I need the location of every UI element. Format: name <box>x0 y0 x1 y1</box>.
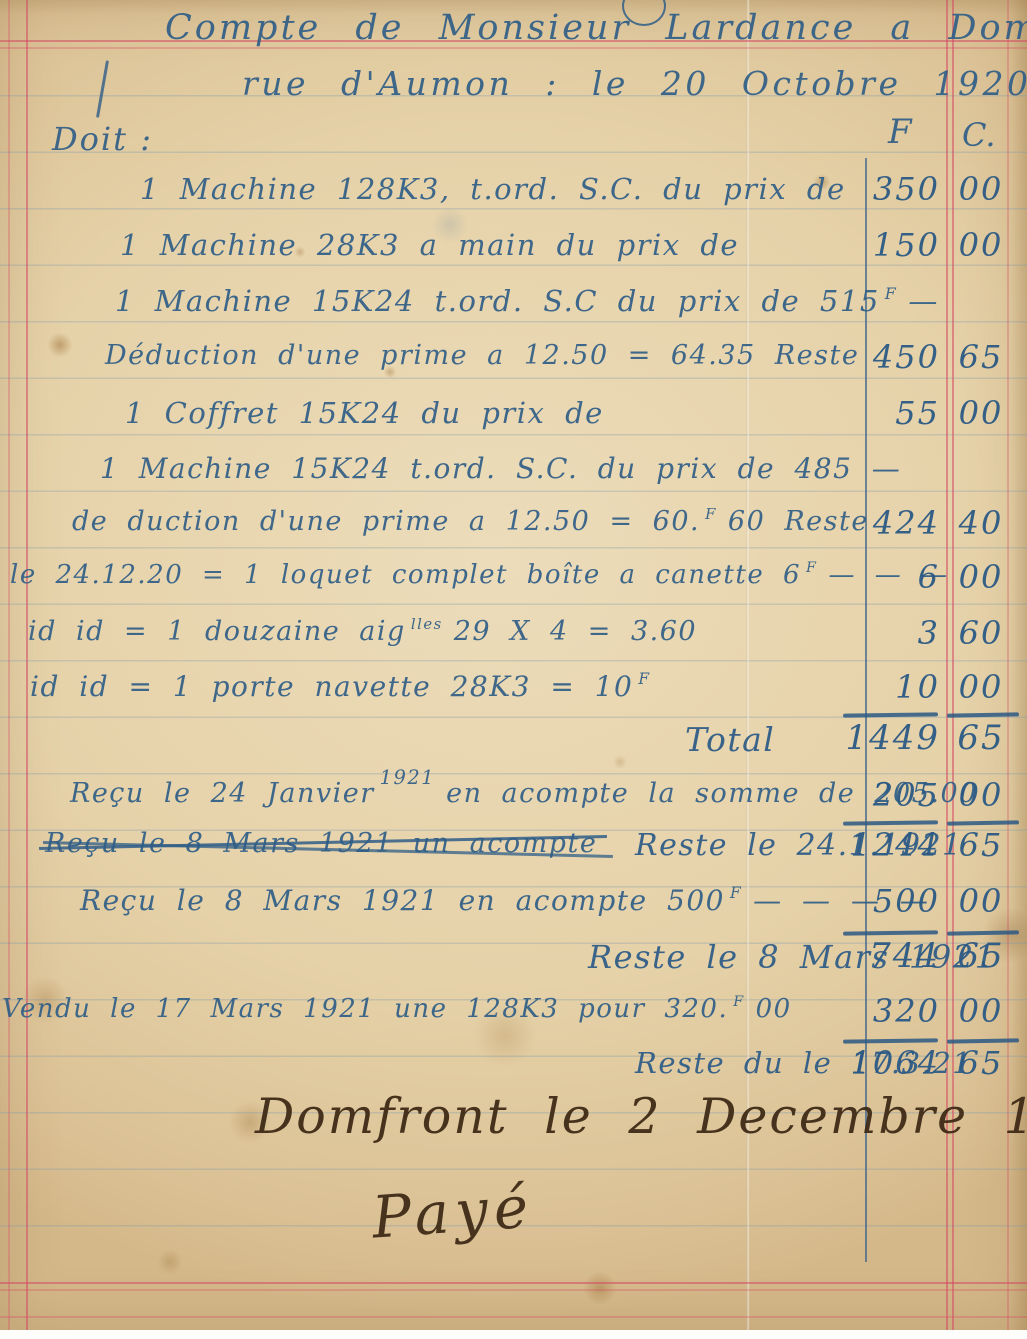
ledger-row: id id = 1 douzaine aiglles29 X 4 = 3.60 … <box>0 616 1027 670</box>
doit-label: Doit : <box>52 120 153 158</box>
row-text: Vendu le 17 Mars 1921 une 128K3 pour 320… <box>2 994 728 1024</box>
amount-centimes: 65 <box>950 338 1012 376</box>
column-header-francs: F <box>888 112 912 152</box>
row-text: Reçu le 8 Mars 1921 en acompte 500 <box>80 884 725 917</box>
superscript: F <box>806 560 817 576</box>
total-label: Total <box>685 720 775 759</box>
amount-francs: 1064 <box>843 1044 940 1082</box>
total-row: Total 1449 65 <box>0 720 1027 774</box>
scan-edge <box>0 1330 1027 1339</box>
row-text: id id = 1 douzaine aig <box>28 616 406 647</box>
ledger-row: Déduction d'une prime a 12.50 = 64.35 Re… <box>0 340 1027 394</box>
amount-centimes: 00 <box>950 992 1012 1030</box>
amount-francs: 320 <box>843 992 940 1030</box>
row-text: de duction d'une prime a 12.50 = 60. <box>72 506 700 537</box>
row-text: id id = 1 porte navette 28K3 = 10 <box>30 670 633 703</box>
amount-centimes: 65 <box>950 936 1012 976</box>
amount-francs: 424 <box>843 504 940 542</box>
superscript-year: 1921 <box>380 766 435 789</box>
bottom-margin-line-1 <box>0 1282 1027 1284</box>
row-text-cont: 29 X 4 = 3.60 <box>454 616 697 647</box>
superscript: lles <box>411 615 443 633</box>
row-text: Reçu le 24 Janvier <box>70 778 375 809</box>
ledger-row: Reçu le 8 Mars 1921 en acompte 500F— — —… <box>0 884 1027 938</box>
amount-francs: 450 <box>843 338 940 376</box>
ledger-row: de duction d'une prime a 12.50 = 60.F60 … <box>0 506 1027 560</box>
bottom-margin-line-2 <box>0 1289 1027 1291</box>
amount-francs: 1449 <box>843 718 940 758</box>
superscript: F <box>705 505 717 523</box>
superscript: F <box>638 670 650 688</box>
row-text: 1 Machine 15K24 t.ord. S.C du prix de 51… <box>115 284 880 318</box>
amount-centimes: 00 <box>950 558 1012 596</box>
amount-francs: 350 <box>843 170 940 208</box>
amount-centimes: 00 <box>950 776 1012 814</box>
ledger-row: Reçu le 8 Mars 1921 un acompte Reste le … <box>0 828 1027 882</box>
amount-centimes: 00 <box>950 668 1012 706</box>
column-header-centimes: C. <box>962 116 996 154</box>
ledger-row: 1 Machine 28K3 a main du prix de 150 00 <box>0 228 1027 282</box>
row-text: le 24.12.20 = 1 loquet complet boîte a c… <box>10 560 801 590</box>
amount-centimes: 65 <box>950 1044 1012 1082</box>
row-text-cont: 00 <box>756 994 792 1024</box>
amount-centimes: 65 <box>950 826 1012 864</box>
superscript: F <box>733 994 744 1010</box>
amount-francs: 744 <box>843 936 940 976</box>
amount-francs: 205 <box>843 776 940 814</box>
ledger-row: 1 Machine 15K24 t.ord. S.C du prix de 51… <box>0 284 1027 338</box>
row-text: Déduction d'une prime a 12.50 = 64.35 Re… <box>105 340 859 371</box>
struck-out-text: Reçu le 8 Mars 1921 un acompte <box>45 828 597 859</box>
amount-centimes: 00 <box>950 882 1012 920</box>
amount-francs: 55 <box>843 394 940 432</box>
row-text-cont: — <box>908 284 939 318</box>
row-text: 1 Coffret 15K24 du prix de <box>125 396 604 430</box>
page-title: Compte de Monsieur Lardance a Domfront <box>165 8 1027 48</box>
superscript: F <box>885 284 898 303</box>
ledger-row: 1 Coffret 15K24 du prix de 55 00 <box>0 396 1027 450</box>
paid-annotation: Payé <box>370 1172 536 1251</box>
superscript: F <box>730 884 742 902</box>
row-text: 1 Machine 128K3, t.ord. S.C. du prix de <box>140 172 846 206</box>
amount-centimes: 00 <box>950 170 1012 208</box>
ledger-row: le 24.12.20 = 1 loquet complet boîte a c… <box>0 560 1027 614</box>
row-text: 1 Machine 28K3 a main du prix de <box>120 228 739 262</box>
ledger-row: 1 Machine 128K3, t.ord. S.C. du prix de … <box>0 172 1027 226</box>
row-text: 1 Machine 15K24 t.ord. S.C. du prix de 4… <box>100 452 901 485</box>
amount-centimes: 00 <box>950 226 1012 264</box>
total-row: Reste le 8 Mars 1921 744 65 <box>0 938 1027 992</box>
amount-francs: 1244 <box>843 826 940 864</box>
closing-place-date: Domfront le 2 Decembre 1921 <box>255 1088 1027 1145</box>
ledger-row: 1 Machine 15K24 t.ord. S.C. du prix de 4… <box>0 452 1027 506</box>
bottom-margin-line-3 <box>0 1316 1027 1318</box>
address-date-line: rue d'Aumon : le 20 Octobre 1920 — <box>242 64 1027 103</box>
amount-centimes: 65 <box>950 718 1012 758</box>
amount-francs: 3 <box>843 614 940 652</box>
amount-francs: 6 <box>843 558 940 596</box>
amount-francs: 10 <box>843 668 940 706</box>
amount-francs: 500 <box>843 882 940 920</box>
amount-centimes: 00 <box>950 394 1012 432</box>
amount-francs: 150 <box>843 226 940 264</box>
amount-centimes: 60 <box>950 614 1012 652</box>
amount-centimes: 40 <box>950 504 1012 542</box>
scanned-ledger-page: Compte de Monsieur Lardance a Domfront r… <box>0 0 1027 1339</box>
